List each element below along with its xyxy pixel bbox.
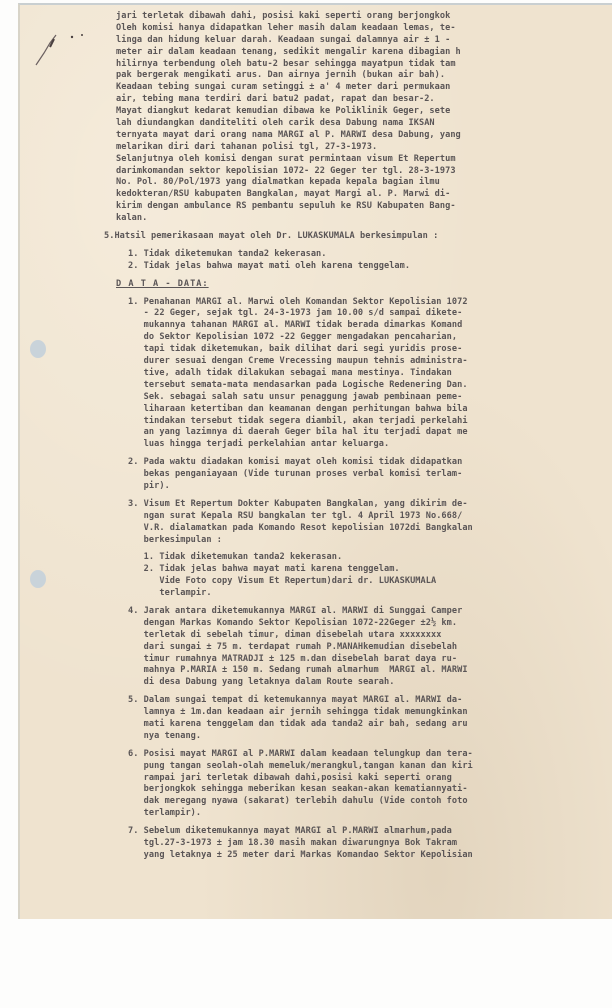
text-line: Oleh komisi hanya didapatkan leher masih… [116,23,612,35]
data-item-line: dari sungai ± 75 m. terdapat rumah P.MAN… [116,642,612,654]
data-item-line: berkesimpulan : [116,535,612,547]
data-item-line: mukannya tahanan MARGI al. MARWI tidak b… [116,320,612,332]
spacer [116,862,612,868]
data-item-line: tersebut semata-mata mendasarkan pada Lo… [116,380,612,392]
data-item-line: tapi tidak diketemukan, baik dilihat dar… [116,344,612,356]
text-line: Keadaan tebing sungai curam setinggi ± a… [116,82,612,94]
data-item-line: berjongkok sehingga meberikan kesan seak… [116,784,612,796]
text-line: No. Pol. 80/Pol/1973 yang dialmatkan kep… [116,177,612,189]
text-line: jari terletak dibawah dahi, posisi kaki … [116,11,612,23]
data-item-line: ngan surat Kepala RSU bangkalan ter tgl.… [116,511,612,523]
text-line: Mayat diangkut kedarat kemudian dibawa k… [116,106,612,118]
text-line: Selanjutnya oleh komisi dengan surat per… [116,154,612,166]
data-item-line: mahnya P.MARIA ± 150 m. Sedang rumah alm… [116,665,612,677]
text-line: hilirnya terbendung oleh batu-2 besar se… [116,59,612,71]
text-line: darimkomandan sektor kepolisian 1072- 22… [116,166,612,178]
data-item-line: dak meregang nyawa (sakarat) terlebih da… [116,796,612,808]
text-line: air, tebing mana terdiri dari batu2 pada… [116,94,612,106]
text-line: kirim dengan ambulance RS pembantu sepul… [116,201,612,213]
data-item-line: 6. Posisi mayat MARGI al P.MARWI dalam k… [116,749,612,761]
data-item-line: 1. Penahanan MARGI al. Marwi oleh Komand… [116,297,612,309]
data-item-line: dengan Markas Komando Sektor Kepolisian … [116,618,612,630]
section-5-item: 2. Tidak jelas bahwa mayat mati oleh kar… [116,261,612,273]
data-item-line: liharaan ketertiban dan keamanan dengan … [116,404,612,416]
data-item-line: an yang lazimnya di daerah Geger bila ha… [116,427,612,439]
data-item-line: 3. Visum Et Repertum Dokter Kabupaten Ba… [116,499,612,511]
text-line: melarikan diri dari tahanan polisi tgl, … [116,142,612,154]
data-item-line: pung tangan seolah-olah memeluk/merangku… [116,761,612,773]
data-item-line: tgl.27-3-1973 ± jam 18.30 masih makan di… [116,838,612,850]
data-item-line: lamnya ± 1m.dan keadaan air jernih sehin… [116,707,612,719]
text-line: pak bergerak mengikati arus. Dan airnya … [116,70,612,82]
text-line: kalan. [116,213,612,225]
data-item-line: 5. Dalam sungai tempat di ketemukannya m… [116,695,612,707]
data-item-line: timur rumahnya MATRADJI ± 125 m.dan dise… [116,654,612,666]
document-text: jari terletak dibawah dahi, posisi kaki … [116,11,612,868]
text-line: meter air dalam keadaan tenang, sedikit … [116,47,612,59]
data-item-line: bekas penganiayaan (Vide turunan proses … [116,469,612,481]
data-item-line: mati karena tenggelam dan tidak ada tand… [116,719,612,731]
text-line: kedokteran/RSU kabupaten Bangkalan, maya… [116,189,612,201]
data-item-line: luas hingga terjadi perkelahian antar ke… [116,439,612,451]
data-item-line: di desa Dabung yang letaknya dalam Route… [116,677,612,689]
data-item-line: Sek. sebagai salah satu unsur penaggung … [116,392,612,404]
data-item-line: yang letaknya ± 25 meter dari Markas Kom… [116,850,612,862]
handwritten-mark-icon [30,17,90,67]
punch-hole [30,340,46,358]
data-item-line: durer sesuai dengan Creme Vrecessing mau… [116,356,612,368]
data-item-subline: 1. Tidak diketemukan tanda2 kekerasan. [116,552,612,564]
data-item-subline: 2. Tidak jelas bahwa mayat mati karena t… [116,564,612,576]
data-item-line: terlampir). [116,808,612,820]
data-item-subline: Vide Foto copy Visum Et Repertum)dari dr… [116,576,612,588]
data-item-line: 2. Pada waktu diadakan komisi mayat oleh… [116,457,612,469]
data-heading: D A T A - DATA: [116,279,612,291]
data-item-line: tindakan tersebut tidak segera diambil, … [116,416,612,428]
data-item-line: rampai jari terletak dibawah dahi,posisi… [116,773,612,785]
data-item-line: 4. Jarak antara diketemukannya MARGI al.… [116,606,612,618]
data-item-line: - 22 Geger, sejak tgl. 24-3-1973 jam 10.… [116,308,612,320]
text-line: lah diundangkan danditeliti oleh carik d… [116,118,612,130]
data-item-line: V.R. dialamatkan pada Komando Resot kepo… [116,523,612,535]
section-5-title: 5.Hatsil pemerikasaan mayat oleh Dr. LUK… [104,231,612,243]
data-item-line: terletak di sebelah timur, diman disebel… [116,630,612,642]
punch-hole [30,570,46,588]
data-item-line: nya tenang. [116,731,612,743]
data-item-line: do Sektor Kepolisian 1072 -22 Gegger men… [116,332,612,344]
data-item-subline: terlampir. [116,588,612,600]
data-item-line: tive, adalh tidak dilakukan sebagai mana… [116,368,612,380]
data-item-line: pir). [116,481,612,493]
text-line: ternyata mayat dari orang nama MARGI al … [116,130,612,142]
section-5-item: 1. Tidak diketemukan tanda2 kekerasan. [116,249,612,261]
text-line: linga dan hidung keluar darah. Keadaan s… [116,35,612,47]
data-item-line: 7. Sebelum diketemukannya mayat MARGI al… [116,826,612,838]
